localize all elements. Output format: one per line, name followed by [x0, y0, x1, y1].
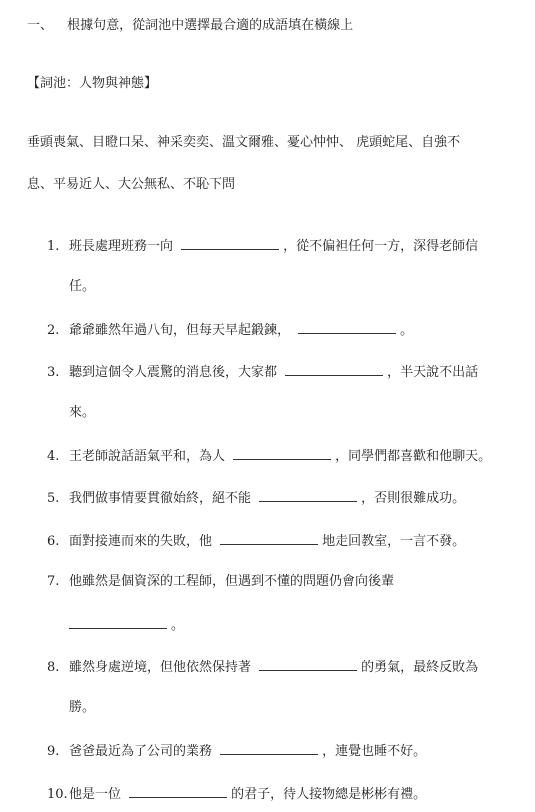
- question-text-after: 。: [171, 618, 184, 633]
- question-text-before: 他雖然是個資深的工程師，但遇到不懂的問題仍會向後輩: [69, 574, 394, 589]
- question-7-continuation: 。: [69, 616, 184, 634]
- question-text-after: 地走回教室，一言不發。: [322, 534, 465, 549]
- question-text-before: 他是一位: [69, 787, 121, 802]
- word-pool-line-1: 垂頭喪氣、目瞪口呆、神采奕奕、溫文爾雅、憂心忡忡、 虎頭蛇尾、自強不: [27, 135, 460, 151]
- question-2: 2.爺爺雖然年過八旬，但每天早起鍛鍊， 。: [47, 321, 413, 339]
- question-8: 8.雖然身處逆境，但他依然保持著 的勇氣，最終反敗為: [47, 658, 478, 676]
- question-1-continuation: 任。: [69, 279, 95, 295]
- question-number: 6.: [47, 534, 69, 550]
- question-8-continuation: 勝。: [69, 700, 95, 716]
- question-6: 6.面對接連而來的失敗，他 地走回教室，一言不發。: [47, 532, 465, 550]
- question-text-after: ，連覺也睡不好。: [322, 744, 426, 759]
- question-text-after: ，從不偏袒任何一方，深得老師信: [283, 239, 478, 254]
- question-text-before: 爸爸最近為了公司的業務: [69, 744, 212, 759]
- question-text-before: 雖然身處逆境，但他依然保持著: [69, 660, 251, 675]
- answer-blank[interactable]: [181, 237, 279, 250]
- question-text-after: ，半天說不出話: [387, 365, 478, 380]
- question-number: 9.: [47, 744, 69, 760]
- question-7: 7.他雖然是個資深的工程師，但遇到不懂的問題仍會向後輩: [47, 574, 394, 590]
- question-number: 1.: [47, 239, 69, 255]
- question-text-after: ，同學們都喜歡和他聊天。: [335, 449, 491, 464]
- question-number: 7.: [47, 574, 69, 590]
- answer-blank[interactable]: [233, 447, 331, 460]
- question-number: 8.: [47, 660, 69, 676]
- word-pool-title: 【詞池：人物與神態】: [27, 76, 157, 92]
- question-3: 3.聽到這個令人震驚的消息後，大家都 ，半天說不出話: [47, 363, 478, 381]
- question-text-before: 聽到這個令人震驚的消息後，大家都: [69, 365, 277, 380]
- question-number: 10.: [47, 787, 69, 803]
- answer-blank[interactable]: [285, 363, 383, 376]
- word-pool-line-2: 息、平易近人、大公無私、不恥下問: [27, 177, 235, 193]
- question-text-before: 班長處理班務一向: [69, 239, 173, 254]
- question-number: 2.: [47, 323, 69, 339]
- section-heading: 一、 根據句意，從詞池中選擇最合適的成語填在橫線上: [27, 18, 353, 34]
- question-number: 4.: [47, 449, 69, 465]
- question-text-before: 王老師說話語氣平和，為人: [69, 449, 225, 464]
- question-text-after: ，否則很難成功。: [361, 491, 465, 506]
- answer-blank[interactable]: [129, 785, 227, 798]
- answer-blank[interactable]: [69, 616, 167, 629]
- question-text-before: 面對接連而來的失敗，他: [69, 534, 212, 549]
- question-1: 1.班長處理班務一向 ，從不偏袒任何一方，深得老師信: [47, 237, 478, 255]
- question-text-before: 爺爺雖然年過八旬，但每天早起鍛鍊，: [69, 323, 290, 338]
- question-text-after: 的勇氣，最終反敗為: [361, 660, 478, 675]
- question-text-before: 我們做事情要貫徹始終，絕不能: [69, 491, 251, 506]
- question-number: 3.: [47, 365, 69, 381]
- section-instruction: 根據句意，從詞池中選擇最合適的成語填在橫線上: [67, 18, 353, 33]
- question-5: 5.我們做事情要貫徹始終，絕不能 ，否則很難成功。: [47, 489, 465, 507]
- question-4: 4.王老師說話語氣平和，為人 ，同學們都喜歡和他聊天。: [47, 447, 491, 465]
- answer-blank[interactable]: [259, 658, 357, 671]
- answer-blank[interactable]: [220, 742, 318, 755]
- answer-blank[interactable]: [220, 532, 318, 545]
- question-3-continuation: 來。: [69, 405, 95, 421]
- question-text-after: 。: [400, 323, 413, 338]
- question-10: 10.他是一位 的君子，待人接物總是彬彬有禮。: [47, 785, 426, 803]
- question-text-after: 的君子，待人接物總是彬彬有禮。: [231, 787, 426, 802]
- answer-blank[interactable]: [298, 321, 396, 334]
- section-number: 一、: [27, 18, 53, 33]
- answer-blank[interactable]: [259, 489, 357, 502]
- question-number: 5.: [47, 491, 69, 507]
- question-9: 9.爸爸最近為了公司的業務 ，連覺也睡不好。: [47, 742, 426, 760]
